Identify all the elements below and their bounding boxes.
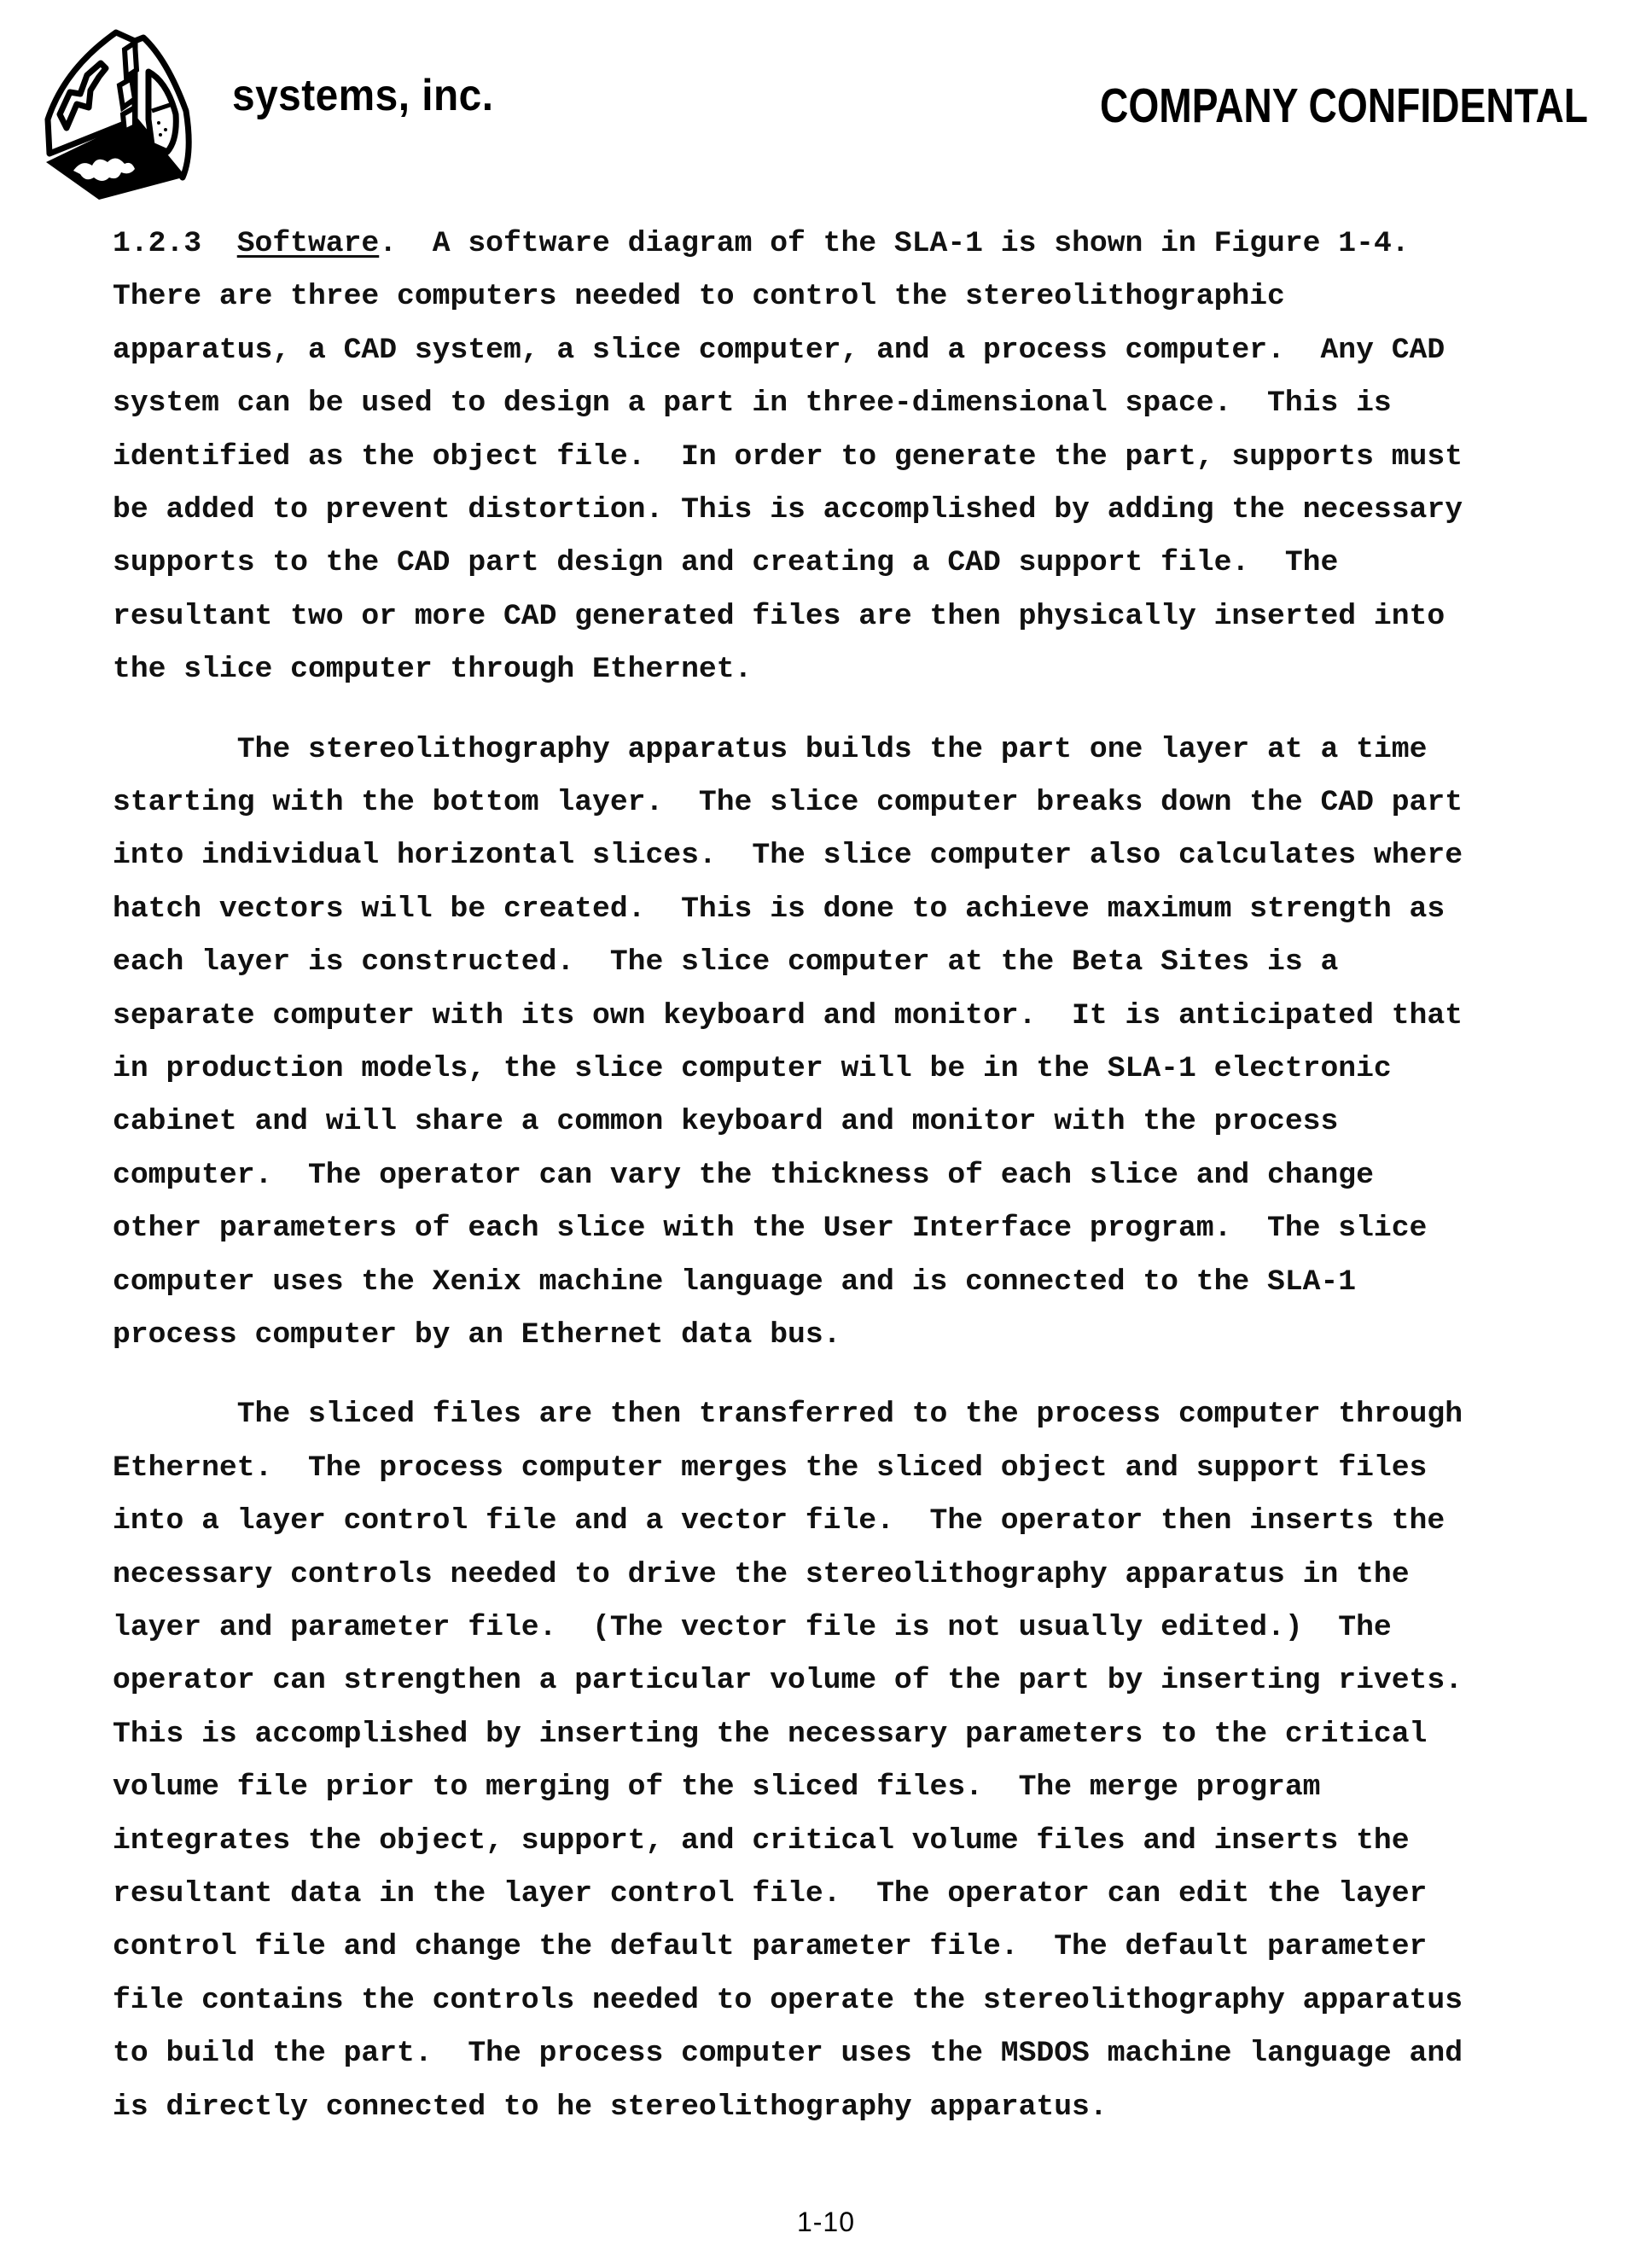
text-line: cabinet and will share a common keyboard…	[113, 1108, 1338, 1137]
text-line: system can be used to design a part in t…	[113, 389, 1392, 419]
text-line: separate computer with its own keyboard …	[113, 1002, 1463, 1032]
text-line: There are three computers needed to cont…	[113, 282, 1285, 312]
text-line: identified as the object file. In order …	[113, 443, 1463, 473]
text-line: operator can strengthen a particular vol…	[113, 1666, 1463, 1696]
text-line: is directly connected to he stereolithog…	[113, 2093, 1108, 2123]
text-line: into individual horizontal slices. The s…	[113, 841, 1463, 871]
text-line: integrates the object, support, and crit…	[113, 1827, 1410, 1857]
text-line: supports to the CAD part design and crea…	[113, 549, 1338, 579]
text-line: to build the part. The process computer …	[113, 2039, 1463, 2069]
text-line: volume file prior to merging of the slic…	[113, 1773, 1320, 1803]
page-number: 1-10	[0, 2208, 1652, 2236]
document-page: systems, inc. COMPANY CONFIDENTAL 1.2.3 …	[0, 0, 1652, 2262]
text-line: starting with the bottom layer. The slic…	[113, 788, 1463, 818]
text-line: process computer by an Ethernet data bus…	[113, 1321, 841, 1351]
text-line: Ethernet. The process computer merges th…	[113, 1454, 1427, 1484]
text-line: resultant two or more CAD generated file…	[113, 602, 1445, 632]
text-line: in production models, the slice computer…	[113, 1055, 1392, 1084]
text-line: each layer is constructed. The slice com…	[113, 948, 1338, 978]
text-line: control file and change the default para…	[113, 1933, 1427, 1963]
text-line: other parameters of each slice with the …	[113, 1214, 1427, 1244]
text-line: file contains the controls needed to ope…	[113, 1986, 1463, 2016]
text-line: apparatus, a CAD system, a slice compute…	[113, 336, 1445, 366]
text-line: layer and parameter file. (The vector fi…	[113, 1614, 1392, 1643]
text-line: hatch vectors will be created. This is d…	[113, 895, 1445, 925]
text-line: necessary controls needed to drive the s…	[113, 1561, 1410, 1590]
text-line: resultant data in the layer control file…	[113, 1880, 1427, 1910]
text-line: The sliced files are then transferred to…	[237, 1400, 1463, 1430]
text-line: computer uses the Xenix machine language…	[113, 1268, 1356, 1298]
text-line: This is accomplished by inserting the ne…	[113, 1720, 1427, 1750]
text-line: The stereolithography apparatus builds t…	[237, 736, 1428, 765]
text-line: 1.2.3 Software. A software diagram of th…	[113, 230, 1410, 259]
text-line: computer. The operator can vary the thic…	[113, 1161, 1374, 1191]
document-body: 1.2.3 Software. A software diagram of th…	[0, 0, 1652, 2262]
section-title: Software	[237, 227, 380, 260]
text-line: the slice computer through Ethernet.	[113, 655, 752, 685]
text-line: be added to prevent distortion. This is …	[113, 496, 1463, 526]
text-line: into a layer control file and a vector f…	[113, 1507, 1445, 1537]
